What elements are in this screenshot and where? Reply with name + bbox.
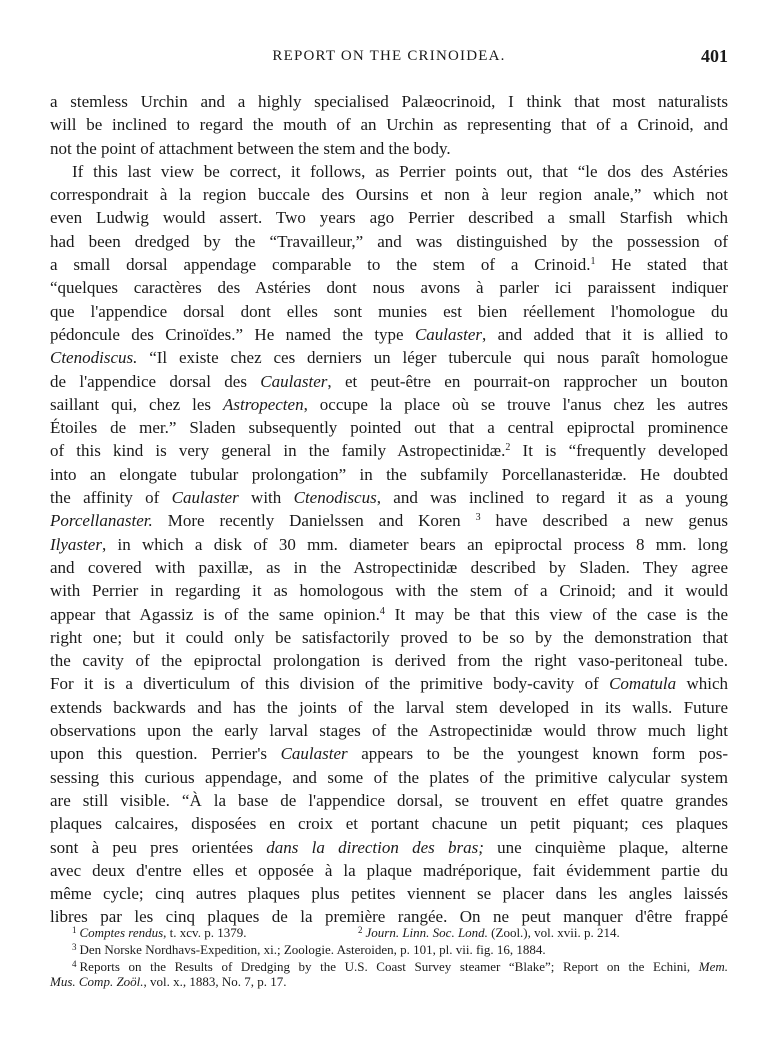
text-run: into an elongate tubular prolongation” i… — [50, 465, 728, 484]
text-run: , and added that it is allied to — [482, 325, 728, 344]
text-run: More recently Danielssen and Koren — [153, 511, 476, 530]
text-run: “quelques caractères des Astéries dont n… — [50, 278, 728, 297]
text-line: avec deux d'entre elles et opposée à la … — [50, 859, 728, 882]
text-line: of this kind is very general in the fami… — [50, 439, 728, 462]
text-run: avec deux d'entre elles et opposée à la … — [50, 861, 728, 880]
text-run: have described a new genus — [481, 511, 728, 530]
footnote-1: 1Comptes rendus, t. xcv. p. 1379. — [72, 922, 246, 939]
text-run: , occupe la place où se trouve l'anus ch… — [304, 395, 728, 414]
text-line: even Ludwig would assert. Two years ago … — [50, 206, 728, 229]
text-run: , et peut-être en pourrait-on rapprocher… — [327, 372, 728, 391]
footnote-row-1-2: 1Comptes rendus, t. xcv. p. 1379. 2Journ… — [50, 922, 728, 939]
text-run: , in which a disk of 30 mm. diameter bea… — [102, 535, 728, 554]
text-line: Porcellanaster. More recently Danielssen… — [50, 509, 728, 532]
text-line: même cycle; cinq autres plaques plus pet… — [50, 882, 728, 905]
text-line: appear that Agassiz is of the same opini… — [50, 603, 728, 626]
text-line: de l'appendice dorsal des Caulaster, et … — [50, 370, 728, 393]
italic-run: Caulaster — [281, 744, 348, 763]
text-line: For it is a diverticulum of this divisio… — [50, 672, 728, 695]
italic-run: Caulaster — [172, 488, 239, 507]
text-run: , and was inclined to regard it as a you… — [377, 488, 728, 507]
text-line: sessing this curious appendage, and some… — [50, 766, 728, 789]
text-run: the affinity of — [50, 488, 172, 507]
running-title: REPORT ON THE CRINOIDEA. — [50, 48, 728, 65]
text-line: Ilyaster, in which a disk of 30 mm. diam… — [50, 533, 728, 556]
text-line: pédoncule des Crinoïdes.” He named the t… — [50, 323, 728, 346]
text-run: a stemless Urchin and a highly specialis… — [50, 92, 728, 111]
text-run: observations upon the early larval stage… — [50, 721, 728, 740]
footnotes: 1Comptes rendus, t. xcv. p. 1379. 2Journ… — [50, 922, 728, 990]
text-run: It is “frequently developed — [510, 441, 728, 460]
italic-run: dans la direction des bras; — [266, 838, 484, 857]
text-line: upon this question. Perrier's Caulaster … — [50, 742, 728, 765]
text-line: will be inclined to regard the mouth of … — [50, 113, 728, 136]
text-line: had been dredged by the “Travailleur,” a… — [50, 230, 728, 253]
text-run: Étoiles de mer.” Sladen subsequently poi… — [50, 418, 728, 437]
text-run: and covered with paxillæ, as in the Astr… — [50, 558, 728, 577]
text-run: saillant qui, chez les — [50, 395, 223, 414]
italic-run: Caulaster — [415, 325, 482, 344]
italic-run: Caulaster — [260, 372, 327, 391]
italic-run: Ctenodiscus — [294, 488, 377, 507]
text-run: même cycle; cinq autres plaques plus pet… — [50, 884, 728, 903]
text-run: correspondrait à la region buccale des O… — [50, 185, 728, 204]
text-run: For it is a diverticulum of this divisio… — [50, 674, 609, 693]
text-line: and covered with paxillæ, as in the Astr… — [50, 556, 728, 579]
page-number: 401 — [701, 46, 728, 67]
text-run: not the point of attachment between the … — [50, 139, 451, 158]
footnote-4-continued: Mus. Comp. Zoöl., vol. x., 1883, No. 7, … — [50, 973, 728, 990]
text-run: upon this question. Perrier's — [50, 744, 281, 763]
text-line: right one; but it could only be satisfac… — [50, 626, 728, 649]
text-run: appears to be the youngest known form po… — [348, 744, 728, 763]
text-line: a small dorsal appendage comparable to t… — [50, 253, 728, 276]
text-line: “quelques caractères des Astéries dont n… — [50, 276, 728, 299]
text-line: a stemless Urchin and a highly specialis… — [50, 90, 728, 113]
text-line: correspondrait à la region buccale des O… — [50, 183, 728, 206]
text-run: even Ludwig would assert. Two years ago … — [50, 208, 728, 227]
text-line: observations upon the early larval stage… — [50, 719, 728, 742]
text-line: the cavity of the epiproctal prolongatio… — [50, 649, 728, 672]
text-run: with — [239, 488, 294, 507]
text-line: not the point of attachment between the … — [50, 137, 728, 160]
italic-run: Comatula — [609, 674, 676, 693]
italic-run: Ilyaster — [50, 535, 102, 554]
text-run: plaques calcaires, disposées en croix et… — [50, 814, 728, 833]
text-run: “Il existe chez ces derniers un léger tu… — [137, 348, 728, 367]
text-line: into an elongate tubular prolongation” i… — [50, 463, 728, 486]
text-line: plaques calcaires, disposées en croix et… — [50, 812, 728, 835]
text-run: will be inclined to regard the mouth of … — [50, 115, 728, 134]
text-line: with Perrier in regarding it as homologo… — [50, 579, 728, 602]
text-line: Ctenodiscus. “Il existe chez ces dernier… — [50, 346, 728, 369]
text-run: the cavity of the epiproctal prolongatio… — [50, 651, 728, 670]
text-run: of this kind is very general in the fami… — [50, 441, 505, 460]
text-line: the affinity of Caulaster with Ctenodisc… — [50, 486, 728, 509]
text-line: are still visible. “À la base de l'appen… — [50, 789, 728, 812]
running-head: REPORT ON THE CRINOIDEA. 401 — [50, 46, 728, 68]
text-run: sont à peu pres orientées — [50, 838, 266, 857]
text-line: saillant qui, chez les Astropecten, occu… — [50, 393, 728, 416]
italic-run: Ctenodiscus. — [50, 348, 137, 367]
text-line: If this last view be correct, it follows… — [50, 160, 728, 183]
text-run: are still visible. “À la base de l'appen… — [50, 791, 728, 810]
text-run: with Perrier in regarding it as homologo… — [50, 581, 728, 600]
text-line: sont à peu pres orientées dans la direct… — [50, 836, 728, 859]
italic-run: Astropecten — [223, 395, 304, 414]
footnote-3: 3Den Norske Nordhavs-Expedition, xi.; Zo… — [50, 939, 728, 956]
footnote-2: 2Journ. Linn. Soc. Lond. (Zool.), vol. x… — [358, 922, 620, 939]
footnote-4: 4Reports on the Results of Dredging by t… — [50, 956, 728, 973]
text-run: que l'appendice dorsal dont elles sont m… — [50, 302, 728, 321]
text-line: Étoiles de mer.” Sladen subsequently poi… — [50, 416, 728, 439]
text-run: If this last view be correct, it follows… — [72, 162, 728, 181]
text-run: It may be that this view of the case is … — [385, 605, 728, 624]
text-run: de l'appendice dorsal des — [50, 372, 260, 391]
italic-run: Porcellanaster. — [50, 511, 153, 530]
text-run: had been dredged by the “Travailleur,” a… — [50, 232, 728, 251]
text-run: He stated that — [595, 255, 728, 274]
text-line: que l'appendice dorsal dont elles sont m… — [50, 300, 728, 323]
text-run: sessing this curious appendage, and some… — [50, 768, 728, 787]
body-text: a stemless Urchin and a highly specialis… — [50, 90, 728, 929]
text-run: une cinquième plaque, alterne — [484, 838, 728, 857]
text-run: extends backwards and has the joints of … — [50, 698, 728, 717]
text-run: a small dorsal appendage comparable to t… — [50, 255, 590, 274]
text-line: extends backwards and has the joints of … — [50, 696, 728, 719]
text-run: appear that Agassiz is of the same opini… — [50, 605, 380, 624]
text-run: which — [676, 674, 728, 693]
text-run: pédoncule des Crinoïdes.” He named the t… — [50, 325, 415, 344]
text-run: right one; but it could only be satisfac… — [50, 628, 728, 647]
